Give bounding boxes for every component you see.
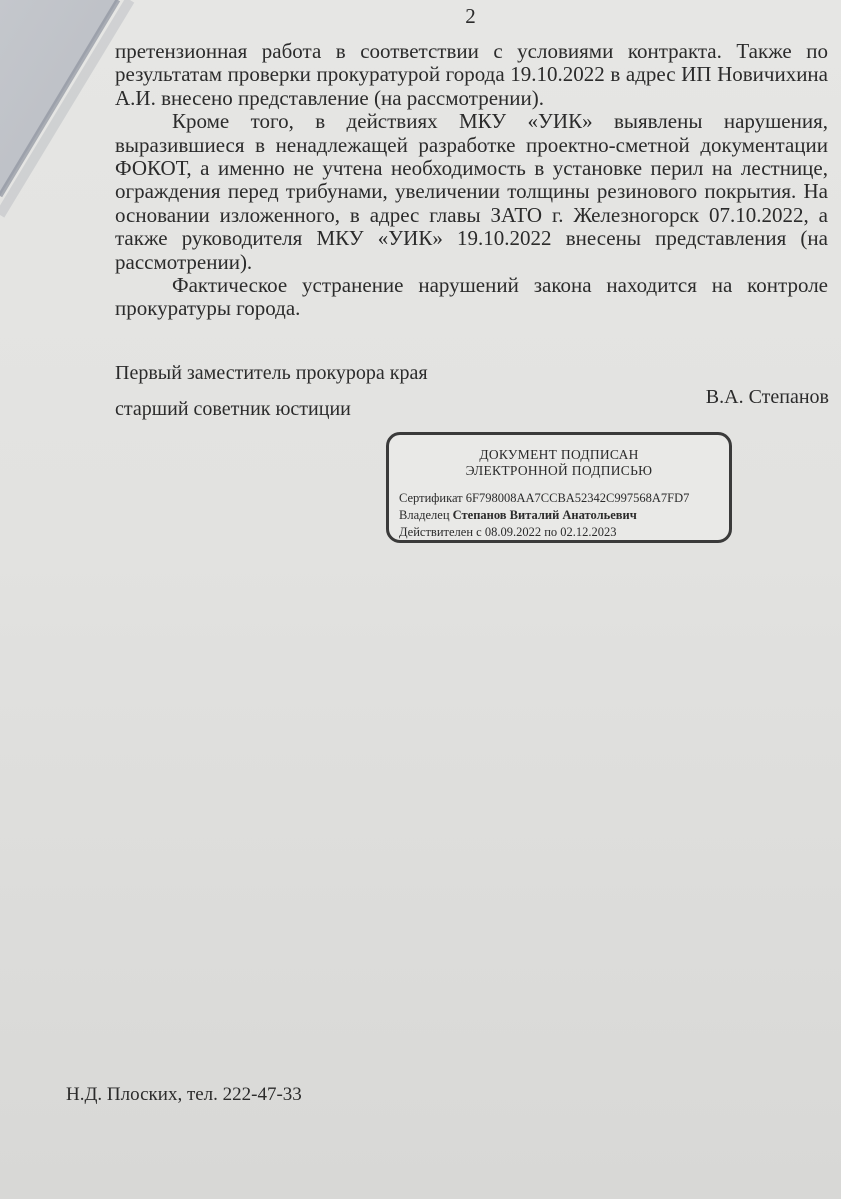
paragraph-control: Фактическое устранение нарушений закона … [115, 274, 828, 321]
valid-to: 02.12.2023 [560, 525, 616, 539]
signer-rank: старший советник юстиции [115, 398, 351, 421]
electronic-signature-stamp: ДОКУМЕНТ ПОДПИСАН ЭЛЕКТРОННОЙ ПОДПИСЬЮ С… [386, 432, 732, 543]
stamp-owner: Владелец Степанов Виталий Анатольевич [399, 508, 637, 522]
certificate-value: 6F798008AA7CCBA52342C997568A7FD7 [466, 491, 690, 505]
stamp-validity: Действителен с 08.09.2022 по 02.12.2023 [399, 525, 617, 539]
stamp-title-line1: ДОКУМЕНТ ПОДПИСАН [389, 447, 729, 463]
valid-label: Действителен с [399, 525, 482, 539]
certificate-label: Сертификат [399, 491, 463, 505]
paragraph-violations: Кроме того, в действиях МКУ «УИК» выявле… [115, 110, 828, 274]
valid-from: 08.09.2022 [485, 525, 541, 539]
stamp-certificate: Сертификат 6F798008AA7CCBA52342C997568A7… [399, 491, 689, 505]
owner-label: Владелец [399, 508, 450, 522]
valid-to-label: по [544, 525, 557, 539]
paragraph-claims: претензионная работа в соответствии с ус… [115, 40, 828, 110]
owner-value: Степанов Виталий Анатольевич [453, 508, 637, 522]
letter-body: претензионная работа в соответствии с ус… [115, 40, 828, 321]
stamp-title-line2: ЭЛЕКТРОННОЙ ПОДПИСЬЮ [389, 463, 729, 479]
page-number: 2 [0, 4, 841, 29]
executor-contact: Н.Д. Плоских, тел. 222-47-33 [66, 1084, 302, 1106]
signer-name: В.А. Степанов [706, 386, 829, 409]
stamp-title: ДОКУМЕНТ ПОДПИСАН ЭЛЕКТРОННОЙ ПОДПИСЬЮ [389, 447, 729, 479]
signer-position: Первый заместитель прокурора края [115, 362, 428, 385]
